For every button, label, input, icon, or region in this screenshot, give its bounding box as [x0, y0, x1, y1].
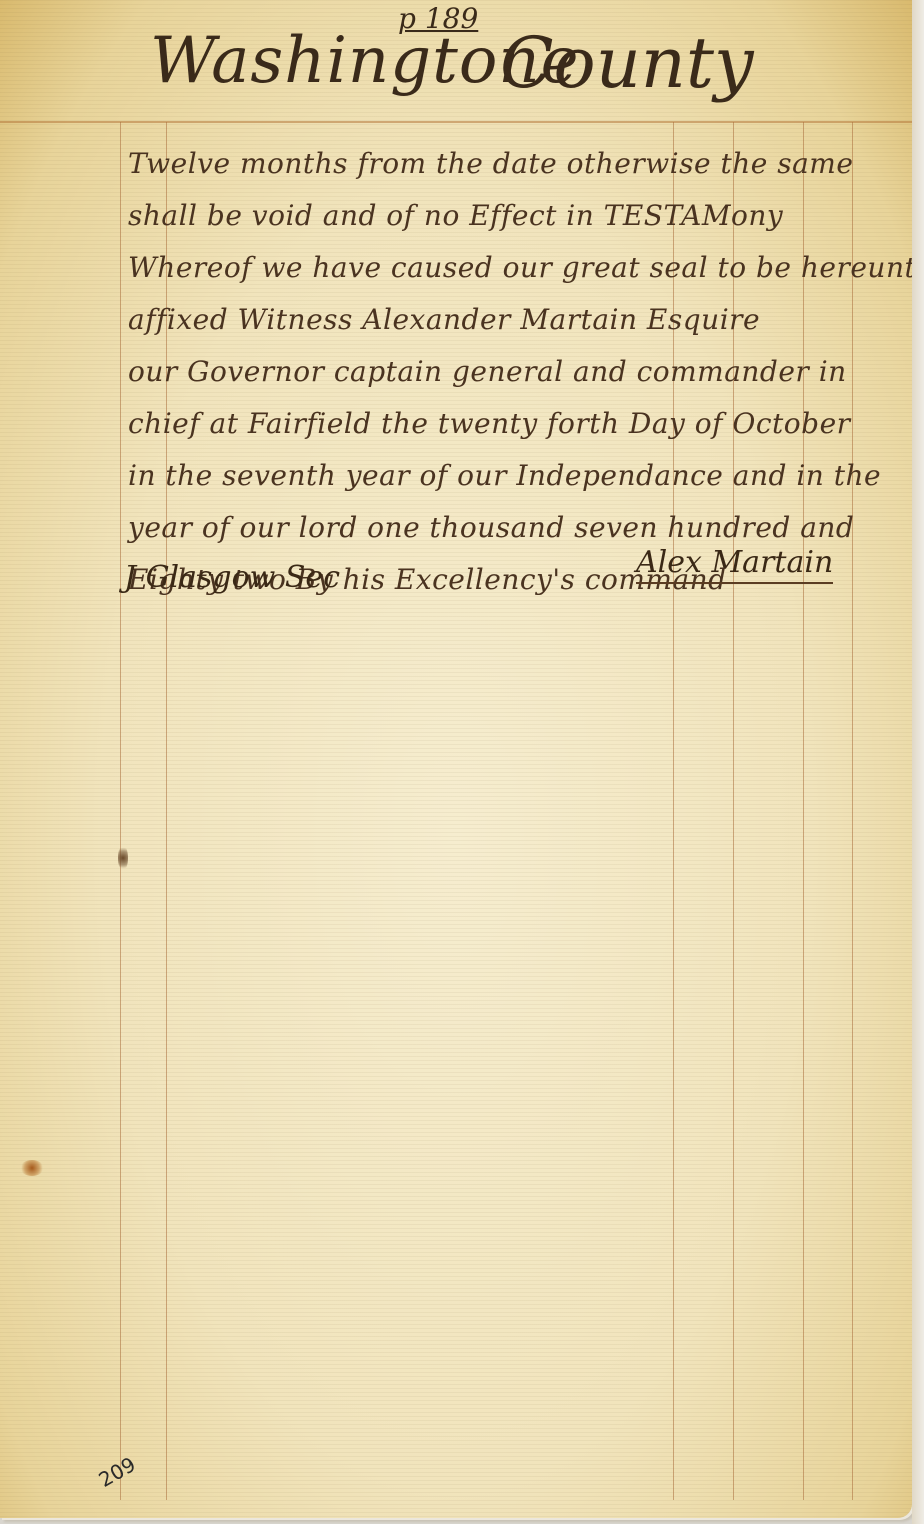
header-county: County: [500, 22, 754, 104]
text-line: chief at Fairfield the twenty forth Day …: [128, 398, 908, 450]
text-line: Twelve months from the date otherwise th…: [128, 138, 908, 190]
text-line: Whereof we have caused our great seal to…: [128, 242, 908, 294]
header-rule: [0, 121, 912, 123]
manuscript-page: p 189 Washingtone County Twelve months f…: [0, 0, 912, 1518]
text-line: in the seventh year of our Independance …: [128, 450, 908, 502]
text-line: shall be void and of no Effect in TESTAM…: [128, 190, 908, 242]
ink-stain: [20, 1160, 44, 1176]
page-edge: [912, 0, 924, 1524]
text-line: affixed Witness Alexander Martain Esquir…: [128, 294, 908, 346]
text-line: our Governor captain general and command…: [128, 346, 908, 398]
secretary-signature: J Glasgow Sec: [124, 560, 340, 595]
folio-number: 209: [95, 1452, 140, 1492]
governor-signature: Alex Martain: [636, 545, 833, 584]
ink-blot: [118, 845, 128, 871]
manuscript-body: Twelve months from the date otherwise th…: [128, 138, 908, 606]
margin-line: [120, 122, 121, 1500]
